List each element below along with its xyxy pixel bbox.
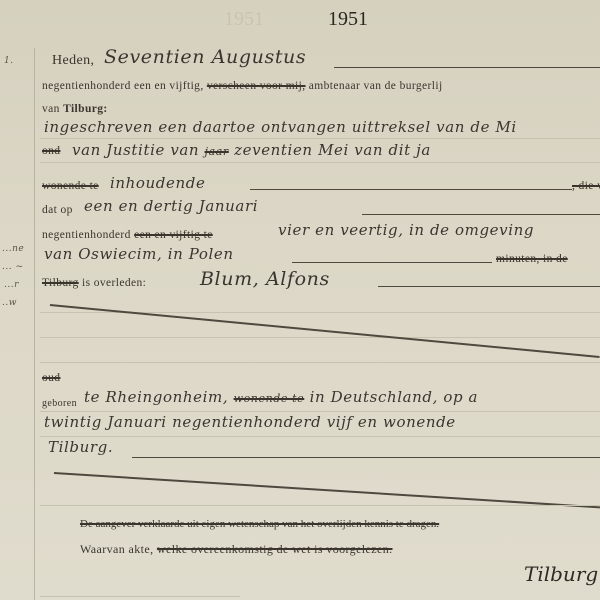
margin-note: ...r (4, 280, 19, 290)
handwritten-text: van Justitie van jaar zeventien Mei van … (72, 141, 431, 159)
struck-declaration: De aangever verklaarde uit eigen wetensc… (80, 518, 439, 530)
ruled-line (40, 411, 600, 412)
struck-text: oud (42, 372, 60, 384)
place-of-death: van Oswiecim, in Polen (44, 245, 234, 263)
margin-note: ..w (2, 298, 17, 308)
fill-line (250, 189, 572, 190)
date-of-death: een en dertig Januari (84, 197, 258, 215)
ruled-line (40, 138, 600, 139)
birth-place: te Rheingonheim, wonende te in Deutschla… (84, 388, 478, 406)
handwritten-text: inhoudende (110, 174, 205, 192)
cancel-stroke (54, 472, 600, 508)
margin-note: ...ne (2, 244, 24, 254)
fill-line (292, 262, 492, 263)
certificate-page: 1. ...ne ... ~ ...r ..w 1951 1951 Heden,… (0, 0, 600, 600)
margin-note: 1. (4, 56, 14, 66)
ruled-line (40, 162, 600, 163)
ruled-line (40, 337, 600, 338)
fill-line (334, 67, 600, 68)
birth-date: twintig Januari negentienhonderd vijf en… (44, 413, 456, 431)
heden-label: Heden, (52, 53, 94, 69)
margin-note: ... ~ (2, 262, 23, 272)
ruled-line (40, 596, 240, 597)
ruled-line (40, 362, 600, 363)
official-signature: Tilburg (524, 562, 598, 586)
struck-text: , die v (572, 180, 600, 192)
margin-rule (34, 48, 35, 600)
dat-op-label: dat op (42, 204, 73, 216)
struck-text: minuten, in de (496, 253, 568, 265)
bleed-through-year: 1951 (224, 8, 264, 31)
municipality: van Tilburg: (42, 103, 108, 115)
handwritten-text: ingeschreven een daartoe ontvangen uittr… (44, 118, 517, 136)
printed-text: Waarvan akte, welke overeenkomstig de we… (80, 542, 393, 557)
struck-text: wonende te (42, 180, 99, 192)
residence: Tilburg. (48, 438, 113, 456)
printed-text: negentienhonderd een en vijftig, versche… (42, 80, 443, 92)
deceased-name: Blum, Alfons (200, 268, 330, 290)
printed-text: negentienhonderd een en vijftig te (42, 229, 213, 241)
document-year: 1951 (328, 8, 368, 31)
fill-line (132, 457, 600, 458)
ruled-line (40, 436, 600, 437)
fill-line (362, 214, 600, 215)
year-of-death: vier en veertig, in de omgeving (278, 221, 534, 239)
struck-text: ond (42, 145, 60, 157)
geboren-label: geboren (42, 398, 77, 409)
fill-line (378, 286, 600, 287)
printed-text: Tilburg is overleden: (42, 277, 146, 289)
date-of-record: Seventien Augustus (104, 46, 306, 68)
ruled-line (40, 505, 600, 506)
